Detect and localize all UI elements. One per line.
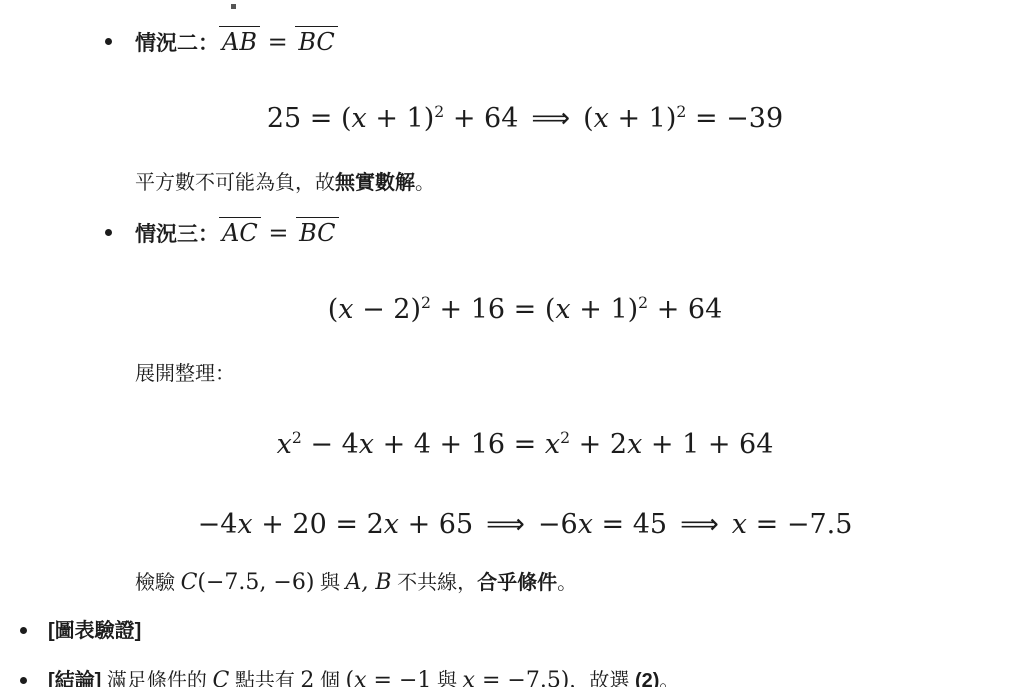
list-item-chart-verification: [圖表驗證] (20, 617, 1024, 645)
equation-case2: 25 = (x + 1)2 + 64⟹(x + 1)2 = −39 (135, 94, 915, 137)
document-page: 情況二：AB = BC 25 = (x + 1)2 + 64⟹(x + 1)2 … (0, 0, 1024, 687)
list-item-case2: 情況二：AB = BC (105, 28, 1024, 58)
list-item-conclusion: [結論] 滿足條件的 C 點共有 2 個 (x = −1 與 x = −7.5)… (20, 667, 1024, 687)
list-item-case3: 情況三：AC = BC (105, 219, 1024, 249)
equation-expanded: x2 − 4x + 4 + 16 = x2 + 2x + 1 + 64 (135, 420, 915, 463)
case3-heading: 情況三：AC = BC (135, 219, 339, 249)
equation-solved: −4x + 20 = 2x + 65⟹−6x = 45⟹x = −7.5 (135, 506, 915, 543)
conclusion-text: [結論] 滿足條件的 C 點共有 2 個 (x = −1 與 x = −7.5)… (48, 667, 679, 687)
para-no-real-solution: 平方數不可能為負，故無實數解。 (135, 169, 1024, 197)
bullet-icon (105, 38, 112, 45)
case2-heading: 情況二：AB = BC (135, 28, 338, 58)
para-expand-label: 展開整理： (135, 360, 1024, 388)
para-check-condition: 檢驗 C(−7.5, −6) 與 A, B 不共線，合乎條件。 (135, 569, 1024, 597)
cropped-glyph-artifact (231, 4, 236, 9)
chart-verification-label: [圖表驗證] (48, 617, 141, 645)
bullet-icon (20, 677, 27, 684)
equation-case3: (x − 2)2 + 16 = (x + 1)2 + 64 (135, 285, 915, 328)
bullet-icon (20, 627, 27, 634)
bullet-icon (105, 229, 112, 236)
